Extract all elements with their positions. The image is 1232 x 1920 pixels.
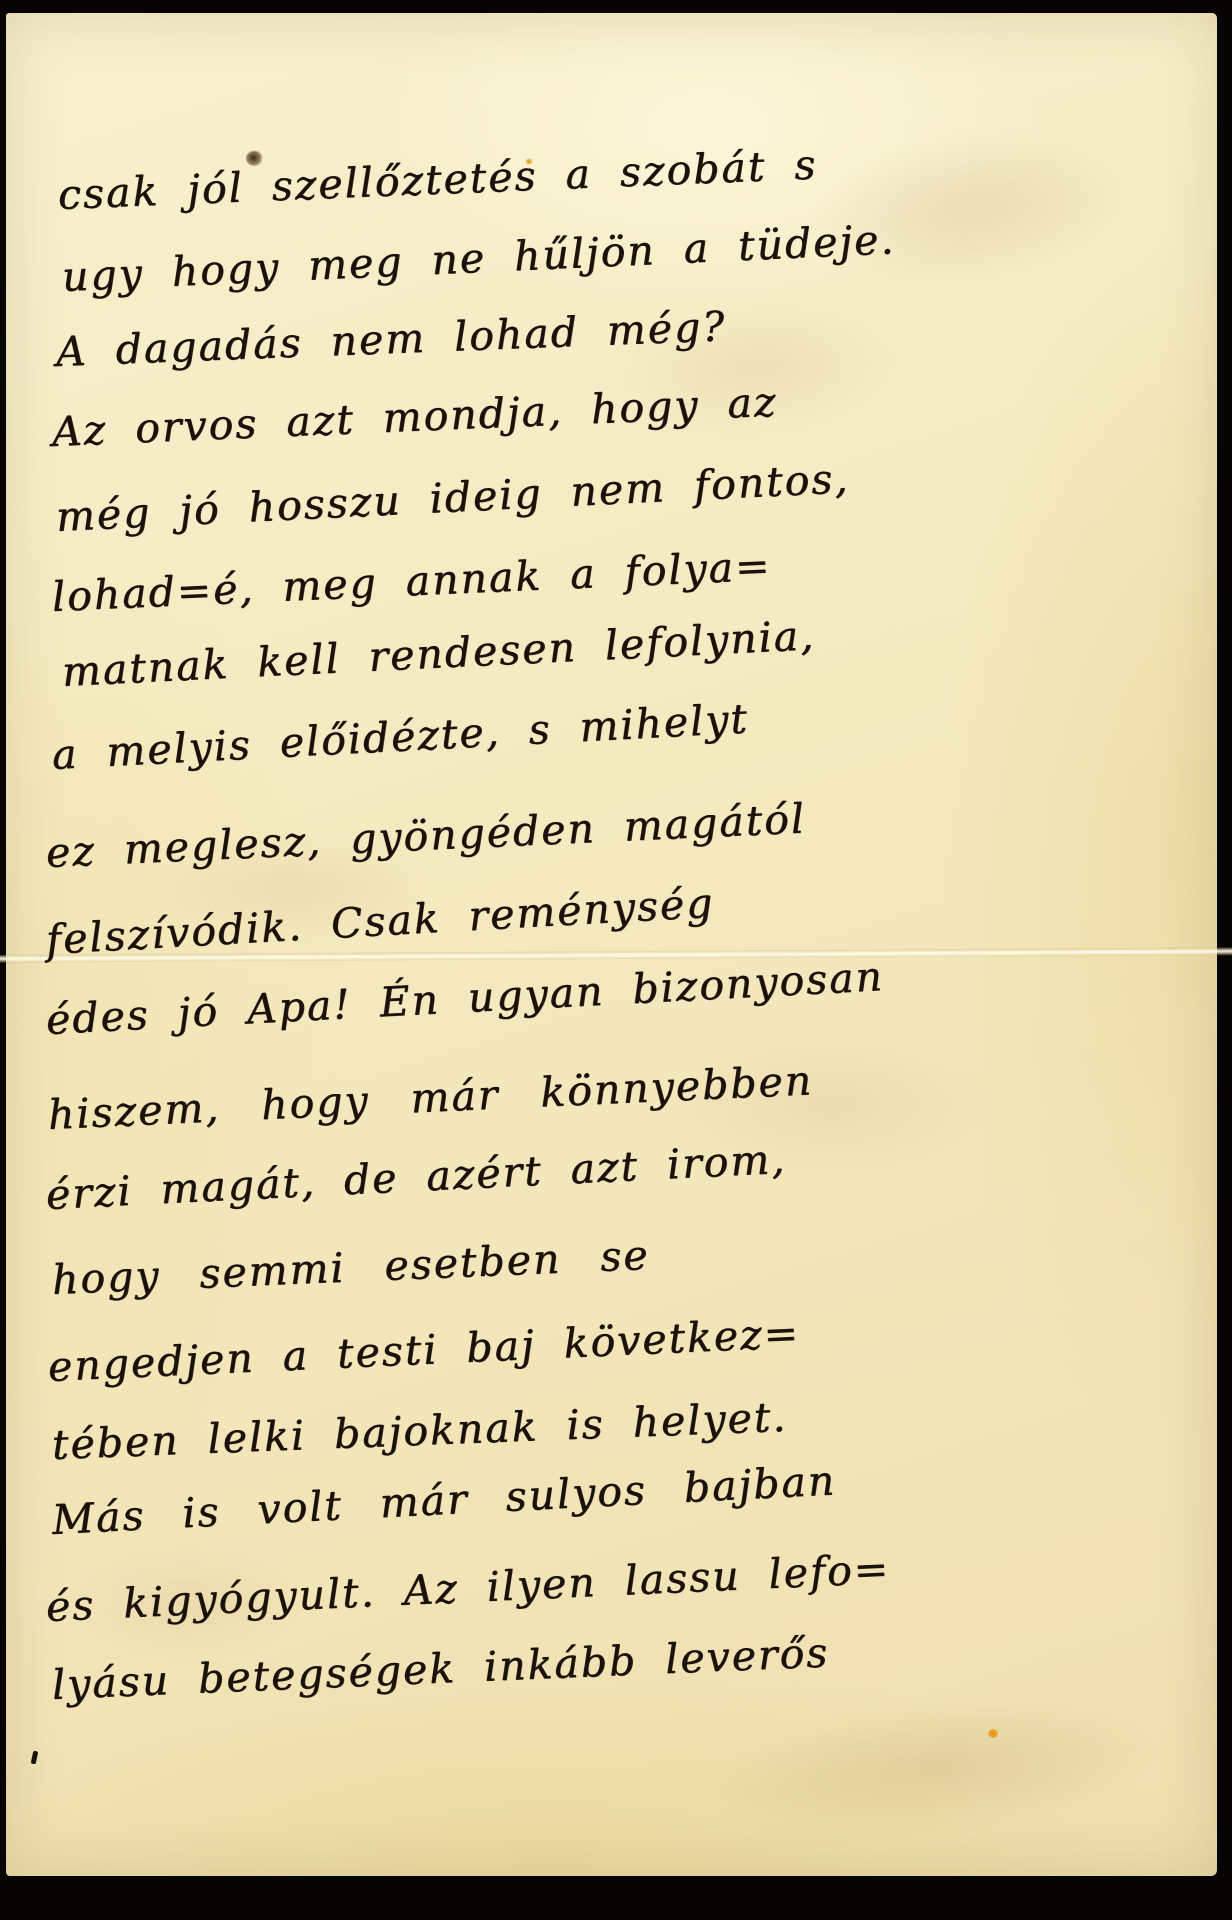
letter-page: csak jól szellőztetés a szobát s ugy hog… bbox=[6, 13, 1217, 1876]
letter-line: hiszem, hogy már könnyebben bbox=[47, 1056, 814, 1139]
letter-line: lohad=é, meg annak a folya= bbox=[51, 542, 772, 621]
letter-line: Más is volt már sulyos bajban bbox=[51, 1456, 838, 1544]
letter-line: matnak kell rendesen lefolynia, bbox=[61, 611, 816, 696]
letter-line: édes jó Apa! Én ugyan bizonyosan bbox=[45, 952, 885, 1044]
letter-line: engedjen a testi baj következ= bbox=[47, 1309, 801, 1391]
letter-line: A dagadás nem lohad még? bbox=[55, 302, 727, 376]
letter-line: ez meglesz, gyöngéden magától bbox=[45, 795, 807, 877]
letter-line: ugy hogy meg ne hűljön a tüdeje. bbox=[61, 215, 896, 301]
letter-line: a melyis előidézte, s mihelyt bbox=[51, 695, 750, 779]
letter-line: és kigyógyult. Az ilyen lassu lefo= bbox=[45, 1545, 891, 1631]
letter-line: hogy semmi esetben se bbox=[51, 1231, 651, 1304]
letter-line: csak jól szellőztetés a szobát s bbox=[57, 141, 818, 219]
letter-line: tében lelki bajoknak is helyet. bbox=[51, 1393, 788, 1469]
scanned-letter: csak jól szellőztetés a szobát s ugy hog… bbox=[0, 0, 1232, 1920]
letter-line: Az orvos azt mondja, hogy az bbox=[51, 378, 778, 456]
letter-body: csak jól szellőztetés a szobát s ugy hog… bbox=[6, 13, 1217, 1876]
letter-line: még jó hosszu ideig nem fontos, bbox=[55, 454, 851, 541]
letter-line: lyásu betegségek inkább leverős bbox=[51, 1628, 830, 1709]
letter-line: érzi magát, de azért azt irom, bbox=[45, 1135, 787, 1219]
letter-line: felszívódik. Csak reménység bbox=[45, 879, 716, 964]
